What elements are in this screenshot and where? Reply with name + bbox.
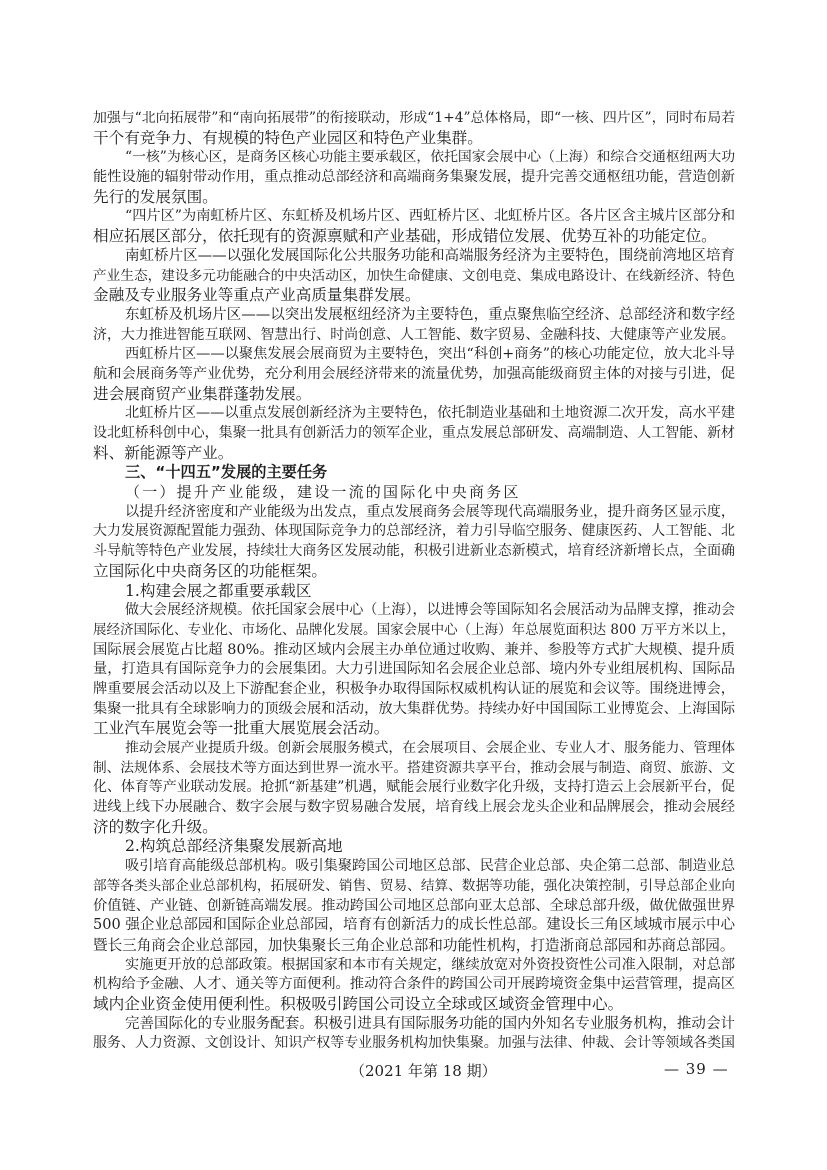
text-line: 2.构筑总部经济集聚发展新高地 bbox=[93, 837, 735, 857]
text-line: 济的数字化升级。 bbox=[93, 818, 735, 838]
text-line: 机构给予金融、人才、通关等方面便利。推动符合条件的跨国公司开展跨境资金集中运营管… bbox=[93, 975, 735, 995]
text-line: 域内企业资金使用便利性。积极吸引跨国公司设立全球或区域资金管理中心。 bbox=[93, 995, 735, 1015]
text-line: 1.构建会展之都重要承载区 bbox=[93, 582, 735, 602]
text-line: 北虹桥片区——以重点发展创新经济为主要特色，依托制造业基础和土地资源二次开发，高… bbox=[93, 404, 735, 424]
paragraph: 吸引培育高能级总部机构。吸引集聚跨国公司地区总部、民营企业总部、央企第二总部、制… bbox=[93, 857, 735, 955]
text-line: 大力发展资源配置能力强劲、体现国际竞争力的总部经济，着力引导临空服务、健康医药、… bbox=[93, 522, 735, 542]
page-footer: （2021 年第 18 期） — 39 — bbox=[0, 1060, 827, 1080]
text-line: （一）提升产业能级，建设一流的国际化中央商务区 bbox=[93, 483, 735, 503]
paragraph: 西虹桥片区——以聚焦发展会展商贸为主要特色，突出“科创+商务”的核心功能定位，放… bbox=[93, 345, 735, 404]
text-line: 展经济国际化、专业化、市场化、品牌化发展。国家会展中心（上海）年总展览面积达 8… bbox=[93, 621, 735, 641]
text-line: 干个有竞争力、有规模的特色产业园区和特色产业集群。 bbox=[93, 129, 735, 149]
text-line: 先行的发展氛围。 bbox=[93, 188, 735, 208]
paragraph: “一核”为核心区，是商务区核心功能主要承载区，依托国家会展中心（上海）和综合交通… bbox=[93, 148, 735, 207]
text-line: “四片区”为南虹桥片区、东虹桥及机场片区、西虹桥片区、北虹桥片区。各片区含主城片… bbox=[93, 207, 735, 227]
paragraph: 北虹桥片区——以重点发展创新经济为主要特色，依托制造业基础和土地资源二次开发，高… bbox=[93, 404, 735, 463]
text-line: 金融及专业服务业等重点产业高质量集群发展。 bbox=[93, 286, 735, 306]
text-line: 完善国际化的专业服务配套。积极引进具有国际服务功能的国内外知名专业服务机构，推动… bbox=[93, 1015, 735, 1035]
text-line: 西虹桥片区——以聚焦发展会展商贸为主要特色，突出“科创+商务”的核心功能定位，放… bbox=[93, 345, 735, 365]
paragraph: 完善国际化的专业服务配套。积极引进具有国际服务功能的国内外知名专业服务机构，推动… bbox=[93, 1015, 735, 1054]
text-line: 实施更开放的总部政策。根据国家和本市有关规定，继续放宽对外资投资性公司准入限制，… bbox=[93, 956, 735, 976]
text-line: 500 强企业总部园和国际企业总部园，培育有创新活力的成长性总部。建设长三角区域… bbox=[93, 916, 735, 936]
text-line: 设北虹桥科创中心，集聚一批具有创新活力的领军企业，重点发展总部研发、高端制造、人… bbox=[93, 424, 735, 444]
text-line: 立国际化中央商务区的功能框架。 bbox=[93, 562, 735, 582]
paragraph: 南虹桥片区——以强化发展国际化公共服务功能和高端服务经济为主要特色，围绕前湾地区… bbox=[93, 247, 735, 306]
text-line: 航和会展商务等产业优势，充分利用会展经济带来的流量优势，加强高能级商贸主体的对接… bbox=[93, 365, 735, 385]
text-line: 三、“十四五”发展的主要任务 bbox=[93, 463, 735, 483]
paragraph: 以提升经济密度和产业能级为出发点，重点发展商务会展等现代高端服务业，提升商务区显… bbox=[93, 503, 735, 582]
issue-label: （2021 年第 18 期） bbox=[350, 1060, 497, 1081]
text-line: 化、体育等产业联动发展。抢抓“新基建”机遇，赋能会展行业数字化升级，支持打造云上… bbox=[93, 778, 735, 798]
text-line: 量，打造具有国际竞争力的会展集团。大力引进国际知名会展企业总部、境内外专业组展机… bbox=[93, 660, 735, 680]
paragraph: 做大会展经济规模。依托国家会展中心（上海），以进博会等国际知名会展活动为品牌支撑… bbox=[93, 601, 735, 739]
text-line: 进会展商贸产业集群蓬勃发展。 bbox=[93, 385, 735, 405]
text-line: 制、法规体系、会展技术等方面达到世界一流水平。搭建资源共享平台，推动会展与制造、… bbox=[93, 759, 735, 779]
text-line: 产业生态，建设多元功能融合的中央活动区，加快生命健康、文创电竞、集成电路设计、在… bbox=[93, 267, 735, 287]
page-number: — 39 — bbox=[664, 1060, 729, 1078]
text-line: 南虹桥片区——以强化发展国际化公共服务功能和高端服务经济为主要特色，围绕前湾地区… bbox=[93, 247, 735, 267]
text-line: 推动会展产业提质升级。创新会展服务模式，在会展项目、会展企业、专业人才、服务能力… bbox=[93, 739, 735, 759]
text-line: 工业汽车展览会等一批重大展览展会活动。 bbox=[93, 719, 735, 739]
text-line: 吸引培育高能级总部机构。吸引集聚跨国公司地区总部、民营企业总部、央企第二总部、制… bbox=[93, 857, 735, 877]
text-line: 进线上线下办展融合、数字会展与数字贸易融合发展，培育线上展会龙头企业和品牌展会，… bbox=[93, 798, 735, 818]
paragraph: “四片区”为南虹桥片区、东虹桥及机场片区、西虹桥片区、北虹桥片区。各片区含主城片… bbox=[93, 207, 735, 246]
text-line: 料、新能源等产业。 bbox=[93, 444, 735, 464]
text-line: 集聚一批具有全球影响力的顶级会展和活动，放大集群优势。持续办好中国国际工业博览会… bbox=[93, 700, 735, 720]
paragraph: 推动会展产业提质升级。创新会展服务模式，在会展项目、会展企业、专业人才、服务能力… bbox=[93, 739, 735, 837]
text-line: 价值链、产业链、创新链高端发展。推动跨国公司地区总部向亚太总部、全球总部升级，做… bbox=[93, 897, 735, 917]
list-item-heading: 2.构筑总部经济集聚发展新高地 bbox=[93, 837, 735, 857]
paragraph: 加强与“北向拓展带”和“南向拓展带”的衔接联动，形成“1+4”总体格局，即“一核… bbox=[93, 109, 735, 148]
subsection-heading: （一）提升产业能级，建设一流的国际化中央商务区 bbox=[93, 483, 735, 503]
list-item-heading: 1.构建会展之都重要承载区 bbox=[93, 582, 735, 602]
section-heading: 三、“十四五”发展的主要任务 bbox=[93, 463, 735, 483]
text-line: 牌重要展会活动以及上下游配套企业，积极争办取得国际权威机构认证的展览和会议等。围… bbox=[93, 680, 735, 700]
text-line: 能性设施的辐射带动作用，重点推动总部经济和高端商务集聚发展，提升完善交通枢纽功能… bbox=[93, 168, 735, 188]
text-line: 加强与“北向拓展带”和“南向拓展带”的衔接联动，形成“1+4”总体格局，即“一核… bbox=[93, 109, 735, 129]
text-line: 部等各类头部企业总部机构，拓展研发、销售、贸易、结算、数据等功能，强化决策控制，… bbox=[93, 877, 735, 897]
document-body: 加强与“北向拓展带”和“南向拓展带”的衔接联动，形成“1+4”总体格局，即“一核… bbox=[93, 109, 735, 1054]
text-line: 济，大力推进智能互联网、智慧出行、时尚创意、人工智能、数字贸易、金融科技、大健康… bbox=[93, 326, 735, 346]
text-line: 做大会展经济规模。依托国家会展中心（上海），以进博会等国际知名会展活动为品牌支撑… bbox=[93, 601, 735, 621]
text-line: 东虹桥及机场片区——以突出发展枢纽经济为主要特色，重点聚焦临空经济、总部经济和数… bbox=[93, 306, 735, 326]
paragraph: 实施更开放的总部政策。根据国家和本市有关规定，继续放宽对外资投资性公司准入限制，… bbox=[93, 956, 735, 1015]
paragraph: 东虹桥及机场片区——以突出发展枢纽经济为主要特色，重点聚焦临空经济、总部经济和数… bbox=[93, 306, 735, 345]
text-line: 斗导航等特色产业发展，持续壮大商务区发展动能，积极引进新业态新模式，培育经济新增… bbox=[93, 542, 735, 562]
text-line: 服务、人力资源、文创设计、知识产权等专业服务机构加快集聚。加强与法律、仲裁、会计… bbox=[93, 1034, 735, 1054]
text-line: 以提升经济密度和产业能级为出发点，重点发展商务会展等现代高端服务业，提升商务区显… bbox=[93, 503, 735, 523]
text-line: 相应拓展区部分，依托现有的资源禀赋和产业基础，形成错位发展、优势互补的功能定位。 bbox=[93, 227, 735, 247]
text-line: “一核”为核心区，是商务区核心功能主要承载区，依托国家会展中心（上海）和综合交通… bbox=[93, 148, 735, 168]
text-line: 国际展会展览占比超 80%。推动区域内会展主办单位通过收购、兼并、参股等方式扩大… bbox=[93, 641, 735, 661]
text-line: 暨长三角商会企业总部园，加快集聚长三角企业总部和功能性机构，打造浙商总部园和苏商… bbox=[93, 936, 735, 956]
